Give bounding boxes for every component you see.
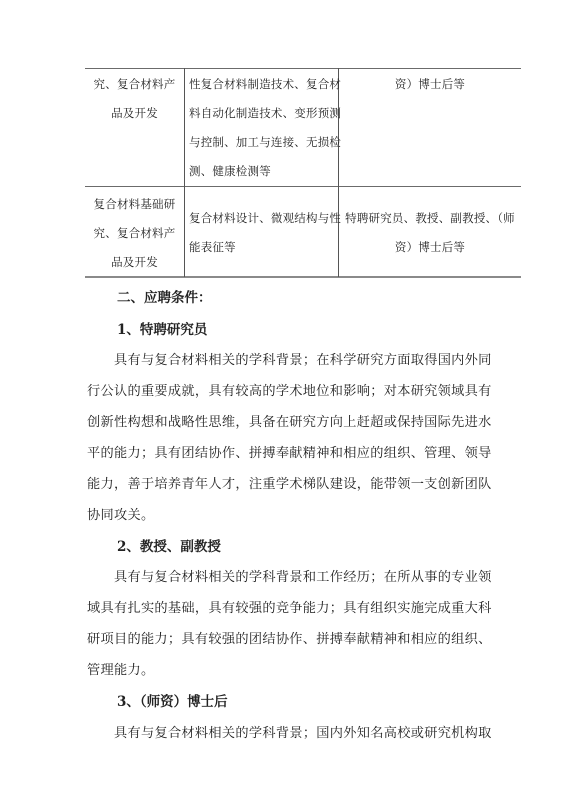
paragraph-line: 管理能力。 xyxy=(87,659,154,678)
subsection-heading-3: 3、（师资）博士后 xyxy=(117,690,228,710)
table-col-divider-1 xyxy=(184,68,185,277)
paragraph-line: 具有与复合材料相关的学科背景；国内外知名高校或研究机构取 xyxy=(114,722,492,741)
paragraph-line: 行公认的重要成就，具有较高的学术地位和影响；对本研究领域具有 xyxy=(87,380,492,399)
paragraph-line: 协同攻关。 xyxy=(87,504,154,523)
table-cell-research-area: 复合材料基础研 究、复合材料产 品及开发 xyxy=(85,190,184,277)
paragraph-line: 具有与复合材料相关的学科背景；在科学研究方面取得国内外同 xyxy=(114,349,492,368)
paragraph-line: 研项目的能力；具有较强的团结协作、拼搏奉献精神和相应的组织、 xyxy=(87,628,492,647)
table-cell-positions: 特聘研究员、教授、副教授、（师 资）博士后等 xyxy=(339,204,521,262)
subsection-heading-2: 2、教授、副教授 xyxy=(117,535,221,555)
document-page: 究、复合材料产 品及开发 性复合材料制造技术、复合材 料自动化制造技术、变形预测… xyxy=(0,0,565,800)
paragraph-line: 域具有扎实的基础，具有较强的竞争能力；具有组织实施完成重大科 xyxy=(87,597,492,616)
table-cell-research-area: 究、复合材料产 品及开发 xyxy=(85,70,184,128)
section-heading: 二、应聘条件： xyxy=(117,286,212,306)
table-cell-research-direction: 复合材料设计、微观结构与性 能表征等 xyxy=(189,204,337,262)
table-border-top xyxy=(85,68,521,69)
paragraph-line: 能力，善于培养青年人才，注重学术梯队建设，能带领一支创新团队 xyxy=(87,473,492,492)
paragraph-line: 具有与复合材料相关的学科背景和工作经历；在所从事的专业领 xyxy=(114,566,492,585)
subsection-heading-1: 1、特聘研究员 xyxy=(117,318,207,338)
paragraph-line: 平的能力；具有团结协作、拼搏奉献精神和相应的组织、管理、领导 xyxy=(87,442,492,461)
paragraph-line: 创新性构想和战略性思维，具备在研究方向上赶超或保持国际先进水 xyxy=(87,411,492,430)
table-cell-research-direction: 性复合材料制造技术、复合材 料自动化制造技术、变形预测 与控制、加工与连接、无损… xyxy=(189,70,337,186)
table-cell-positions: 资）博士后等 xyxy=(339,70,521,99)
table-row-divider xyxy=(85,186,521,187)
